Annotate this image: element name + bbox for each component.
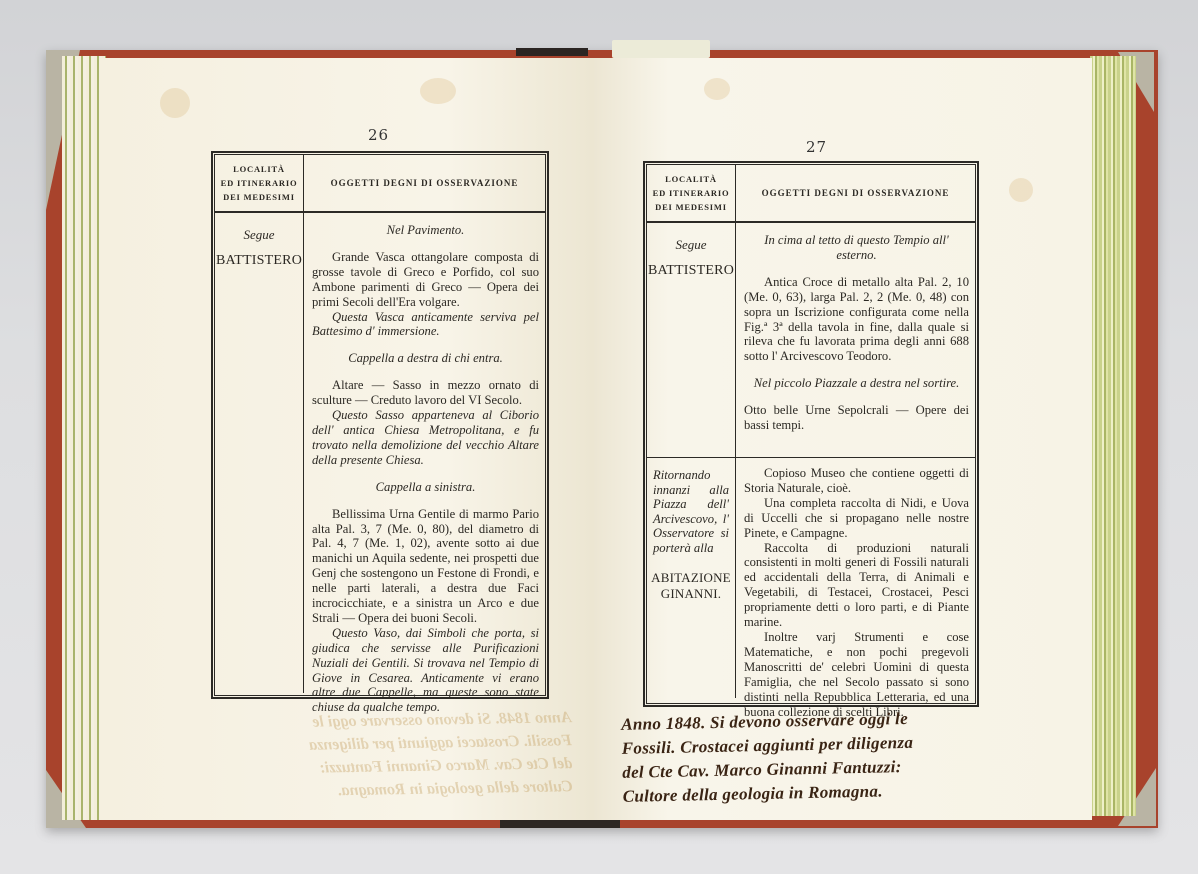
section-title: Cappella a sinistra. xyxy=(312,480,539,495)
page-number-left: 26 xyxy=(368,126,389,144)
header-localita: LOCALITÀ ED ITINERARIO DEI MEDESIMI xyxy=(647,165,736,221)
foxing-stain xyxy=(420,78,456,104)
spine-bottom xyxy=(500,820,620,828)
paragraph: Raccolta di produzioni naturali consiste… xyxy=(744,541,969,630)
table-row: Ritornando innanzi alla Piazza dell' Arc… xyxy=(647,458,975,698)
page-number-right: 27 xyxy=(806,138,827,156)
location-prefix: Segue xyxy=(647,237,735,253)
location-name: BATTISTERO xyxy=(647,263,735,279)
paragraph: Antica Croce di metallo alta Pal. 2, 10 … xyxy=(744,275,969,364)
paragraph: Otto belle Urne Sepolcrali — Opere dei b… xyxy=(744,403,969,433)
ink-bleed-through: Anno 1848. Si devono osservare oggi le F… xyxy=(131,706,573,806)
location-prefix: Segue xyxy=(215,227,303,243)
paragraph: Grande Vasca ottangolare composta di gro… xyxy=(312,250,539,310)
header-line: DEI MEDESIMI xyxy=(655,200,727,214)
location-cell: Ritornando innanzi alla Piazza dell' Arc… xyxy=(647,458,736,698)
spine-top xyxy=(516,48,588,56)
left-table: LOCALITÀ ED ITINERARIO DEI MEDESIMI OGGE… xyxy=(212,152,548,698)
paragraph-italic: Questo Vaso, dai Simboli che porta, si g… xyxy=(312,626,539,715)
table-header: LOCALITÀ ED ITINERARIO DEI MEDESIMI OGGE… xyxy=(215,155,545,213)
table-row: Segue BATTISTERO In cima al tetto di que… xyxy=(647,223,975,458)
header-line: LOCALITÀ xyxy=(665,172,717,186)
section-title: Nel piccolo Piazzale a destra nel sortir… xyxy=(744,376,969,391)
paragraph: Una completa raccolta di Nidi, e Uova di… xyxy=(744,496,969,541)
section-title: Cappella a destra di chi entra. xyxy=(312,351,539,366)
header-line: LOCALITÀ xyxy=(233,162,285,176)
header-oggetti: OGGETTI DEGNI DI OSSERVAZIONE xyxy=(736,165,975,221)
paragraph-italic: Questo Sasso apparteneva al Ciborio dell… xyxy=(312,408,539,468)
location-name: BATTISTERO xyxy=(215,253,303,269)
description-cell: Nel Pavimento. Grande Vasca ottangolare … xyxy=(304,213,545,693)
description-cell: In cima al tetto di questo Tempio all' e… xyxy=(736,223,975,457)
section-title: Nel Pavimento. xyxy=(312,223,539,238)
foxing-stain xyxy=(1009,178,1033,202)
paragraph: Bellissima Urna Gentile di marmo Pario a… xyxy=(312,507,539,626)
paragraph: Copioso Museo che contiene oggetti di St… xyxy=(744,466,969,496)
header-line: DEI MEDESIMI xyxy=(223,190,295,204)
location-directions: Ritornando innanzi alla Piazza dell' Arc… xyxy=(647,468,735,556)
section-title: In cima al tetto di questo Tempio all' e… xyxy=(744,233,969,263)
location-cell: Segue BATTISTERO xyxy=(647,223,736,457)
header-localita: LOCALITÀ ED ITINERARIO DEI MEDESIMI xyxy=(215,155,304,211)
table-row: Segue BATTISTERO Nel Pavimento. Grande V… xyxy=(215,213,545,693)
header-oggetti: OGGETTI DEGNI DI OSSERVAZIONE xyxy=(304,155,545,211)
bookmark-slip xyxy=(612,40,710,58)
description-cell: Copioso Museo che contiene oggetti di St… xyxy=(736,458,975,698)
header-line: ED ITINERARIO xyxy=(653,186,730,200)
table-header: LOCALITÀ ED ITINERARIO DEI MEDESIMI OGGE… xyxy=(647,165,975,223)
location-name: ABITAZIONE GINANNI. xyxy=(647,570,735,602)
page-edges-right xyxy=(1090,56,1136,816)
paragraph: Altare — Sasso in mezzo ornato di scultu… xyxy=(312,378,539,408)
handwritten-note: Anno 1848. Si devono osservare oggi le F… xyxy=(621,703,1093,809)
paragraph-italic: Questa Vasca anticamente serviva pel Bat… xyxy=(312,310,539,340)
foxing-stain xyxy=(160,88,190,118)
right-table: LOCALITÀ ED ITINERARIO DEI MEDESIMI OGGE… xyxy=(644,162,978,706)
foxing-stain xyxy=(704,78,730,100)
location-cell: Segue BATTISTERO xyxy=(215,213,304,693)
header-line: ED ITINERARIO xyxy=(221,176,298,190)
